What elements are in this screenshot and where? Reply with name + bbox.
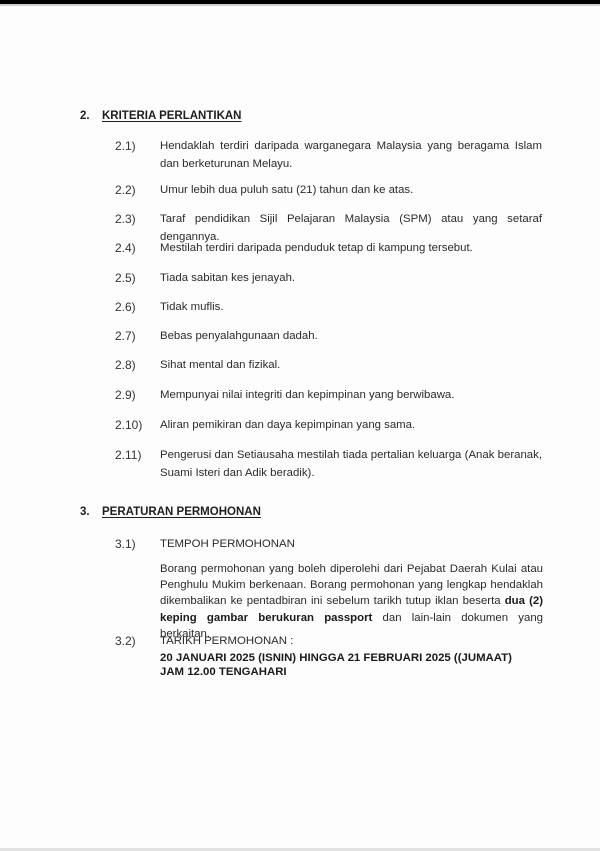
criteria-item: 2.4) Mestilah terdiri daripada penduduk … [115,239,542,257]
item-text: Tidak muflis. [160,298,542,316]
application-date-range: 20 JANUARI 2025 (ISNIN) HINGGA 21 FEBRUA… [160,651,512,666]
item-text: Aliran pemikiran dan daya kepimpinan yan… [160,416,542,434]
application-form-paragraph: Borang permohonan yang boleh diperolehi … [160,561,543,642]
criteria-item: 2.11) Pengerusi dan Setiausaha mestilah … [115,446,542,482]
item-number: 3.2) [115,632,136,650]
item-number: 2.2) [115,181,136,199]
section-title: PERATURAN PERMOHONAN [102,506,261,518]
item-text: Umur lebih dua puluh satu (21) tahun dan… [160,181,542,199]
item-number: 2.11) [115,446,141,464]
section-number: 2. [80,110,102,122]
section-3-heading: 3.PERATURAN PERMOHONAN [80,506,261,518]
item-text: Mestilah terdiri daripada penduduk tetap… [160,239,542,257]
item-text: Bebas penyalahgunaan dadah. [160,327,542,345]
section-number: 3. [80,506,102,518]
item-number: 2.5) [115,269,136,287]
item-number: 2.8) [115,356,136,374]
item-number: 3.1) [115,535,136,553]
item-number: 2.4) [115,239,136,257]
subsection-3-2: 3.2) TARIKH PERMOHONAN : [115,632,542,650]
item-number: 2.1) [115,137,136,155]
criteria-item: 2.10) Aliran pemikiran dan daya kepimpin… [115,416,542,434]
top-bar-shadow [0,4,600,6]
criteria-item: 2.1) Hendaklah terdiri daripada warganeg… [115,137,542,173]
criteria-item: 2.6) Tidak muflis. [115,298,542,316]
item-number: 2.10) [115,416,142,434]
item-text: Hendaklah terdiri daripada warganegara M… [160,137,542,173]
criteria-item: 2.8) Sihat mental dan fizikal. [115,356,542,374]
criteria-item: 2.2) Umur lebih dua puluh satu (21) tahu… [115,181,542,199]
criteria-item: 2.5) Tiada sabitan kes jenayah. [115,269,542,287]
subsection-title: TEMPOH PERMOHONAN [160,535,542,553]
paragraph-text: Borang permohonan yang boleh diperolehi … [160,563,543,607]
subsection-3-1: 3.1) TEMPOH PERMOHONAN [115,535,542,553]
item-text: Mempunyai nilai integriti dan kepimpinan… [160,386,542,404]
criteria-item: 2.7) Bebas penyalahgunaan dadah. [115,327,542,345]
item-number: 2.7) [115,327,136,345]
item-number: 2.9) [115,386,136,404]
item-text: Pengerusi dan Setiausaha mestilah tiada … [160,446,542,482]
item-number: 2.6) [115,298,136,316]
application-deadline-time: JAM 12.00 TENGAHARI [160,665,287,680]
section-2-heading: 2.KRITERIA PERLANTIKAN [80,110,242,122]
section-title: KRITERIA PERLANTIKAN [102,110,242,122]
item-text: Tiada sabitan kes jenayah. [160,269,542,287]
criteria-item: 2.9) Mempunyai nilai integriti dan kepim… [115,386,542,404]
item-number: 2.3) [115,210,136,228]
item-text: Sihat mental dan fizikal. [160,356,542,374]
subsection-title: TARIKH PERMOHONAN : [160,632,542,650]
